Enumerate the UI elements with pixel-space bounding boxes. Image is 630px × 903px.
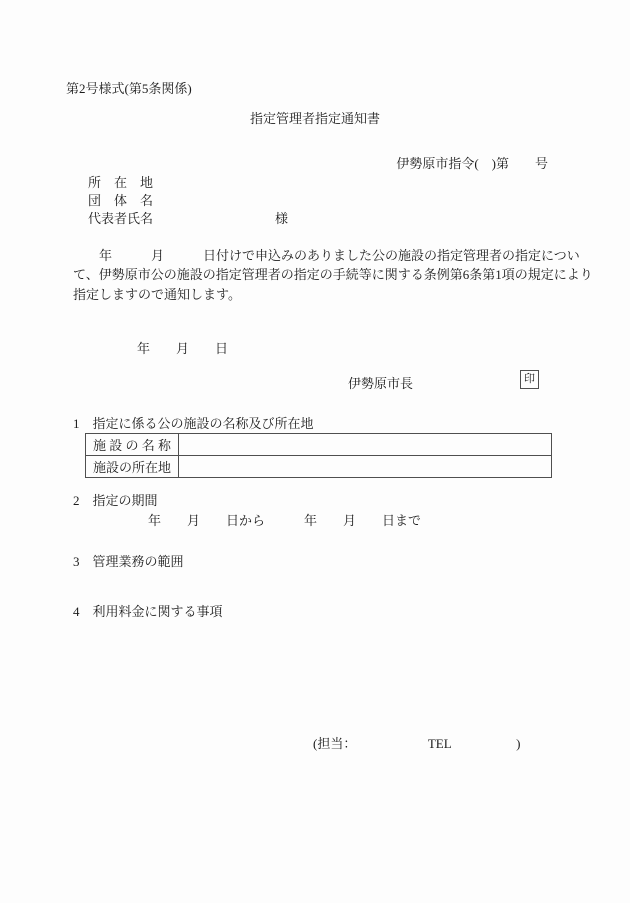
facility-address-value	[179, 456, 552, 478]
facility-name-value	[179, 434, 552, 456]
table-row: 施 設 の 名 称	[86, 434, 552, 456]
section-heading-period: 2 指定の期間	[73, 490, 158, 509]
body-paragraph-line: 指定しますので通知します。	[73, 284, 241, 303]
recipient-address-label: 所 在 地	[88, 172, 153, 191]
body-paragraph-line: 年 月 日付けで申込みのありました公の施設の指定管理者の指定につい	[73, 245, 580, 264]
section-heading-scope: 3 管理業務の範囲	[73, 551, 184, 570]
seal-mark: 印	[520, 370, 539, 389]
body-paragraph-line: て、伊勢原市公の施設の指定管理者の指定の手続等に関する条例第6条第1項の規定によ…	[73, 264, 593, 283]
document-title: 指定管理者指定通知書	[0, 108, 630, 127]
document-page: 第2号様式(第5条関係) 指定管理者指定通知書 伊勢原市指令( )第 号 所 在…	[0, 0, 630, 903]
directive-number: 伊勢原市指令( )第 号	[0, 153, 548, 172]
issuer-title: 伊勢原市長	[348, 373, 413, 392]
designation-period-line: 年 月 日から 年 月 日まで	[148, 510, 421, 529]
issue-date-line: 年 月 日	[137, 338, 228, 357]
facility-address-label: 施設の所在地	[86, 456, 179, 478]
recipient-representative-label: 代表者氏名	[88, 208, 153, 227]
facility-name-label: 施 設 の 名 称	[86, 434, 179, 456]
contact-footer: (担当： TEL )	[313, 733, 521, 752]
table-row: 施設の所在地	[86, 456, 552, 478]
recipient-honorific: 様	[275, 208, 288, 227]
section-heading-fees: 4 利用料金に関する事項	[73, 601, 223, 620]
section-heading-facility: 1 指定に係る公の施設の名称及び所在地	[73, 413, 314, 432]
recipient-organization-label: 団 体 名	[88, 190, 153, 209]
form-number: 第2号様式(第5条関係)	[66, 78, 192, 97]
facility-table: 施 設 の 名 称 施設の所在地	[85, 433, 552, 478]
